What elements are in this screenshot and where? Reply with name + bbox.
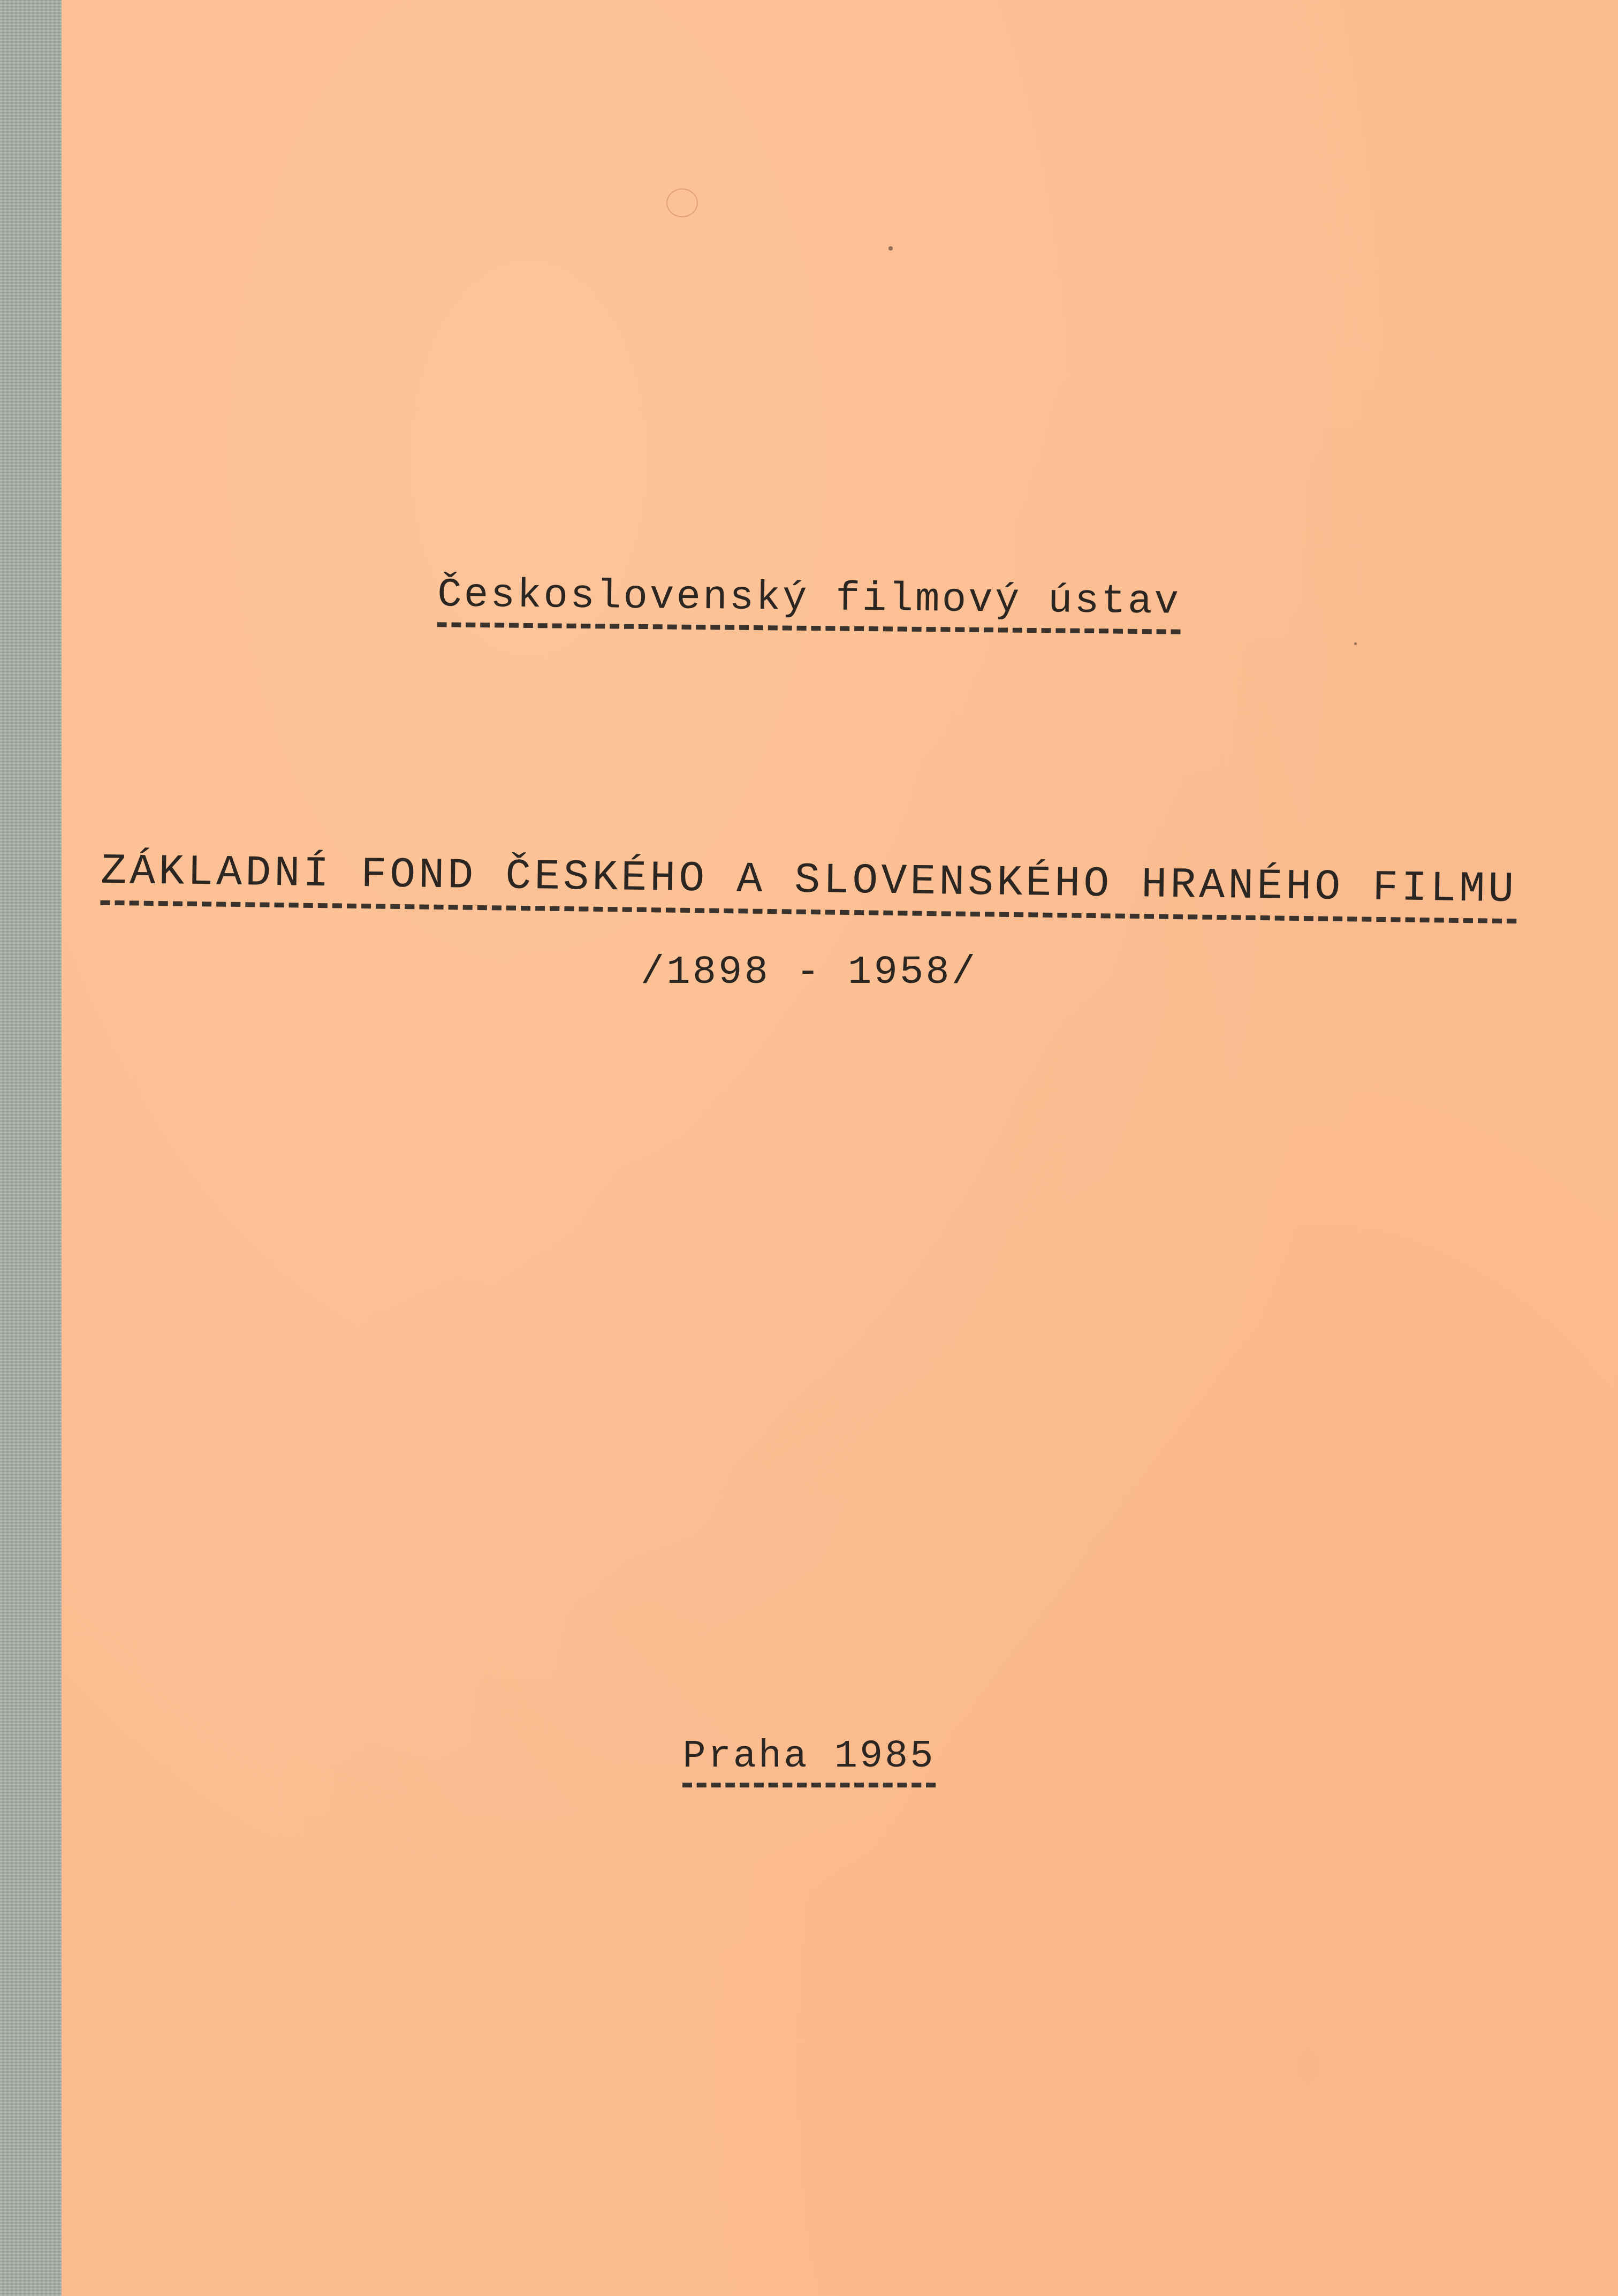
cover-page bbox=[62, 0, 1618, 2296]
publication-place-year-text: Praha 1985 bbox=[682, 1734, 935, 1787]
institute-name: Československý filmový ústav bbox=[0, 575, 1618, 631]
year-range-text: /1898 - 1958/ bbox=[641, 950, 977, 995]
document-title: ZÁKLADNÍ FOND ČESKÉHO A SLOVENSKÉHO HRAN… bbox=[0, 857, 1618, 914]
speck bbox=[888, 246, 893, 251]
institute-name-text: Československý filmový ústav bbox=[437, 572, 1181, 634]
document-title-text: ZÁKLADNÍ FOND ČESKÉHO A SLOVENSKÉHO HRAN… bbox=[101, 847, 1518, 924]
speck bbox=[1354, 642, 1357, 645]
year-range: /1898 - 1958/ bbox=[0, 950, 1618, 995]
book-spine-binding bbox=[0, 0, 62, 2296]
publication-place-year: Praha 1985 bbox=[0, 1734, 1618, 1787]
stain-mark bbox=[666, 188, 698, 217]
